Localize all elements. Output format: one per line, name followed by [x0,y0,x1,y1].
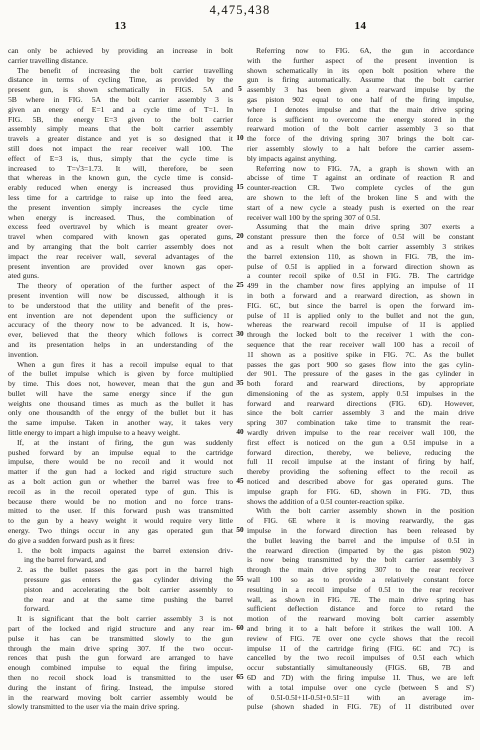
text-line: then no recoil shock load is transmitted… [8,673,233,683]
text-line: 1I shown as a positive spike in FIG. 7C.… [247,350,474,360]
text-line: gun is firing automatically. Assume that… [247,75,474,85]
text-line: first effect is noticed on the gun a 0.5… [247,438,474,448]
text-line: ated guns. [8,271,233,281]
text-line: matter if the gun had a locked and rigid… [8,467,233,477]
text-line: wall, as shown in FIG. 7E. The main driv… [247,595,474,605]
text-line: a counter recoil spike of 0.5I in FIG. 7… [247,271,474,281]
text-line: of the bullet impulse which is given by … [8,369,233,379]
text-line: and by arranging that the bolt carrier a… [8,242,233,252]
text-line: in both a forward and a rearward directi… [247,291,474,301]
text-line: sufficient deflection distance and force… [247,604,474,614]
text-line: with the further aspect of the present i… [247,56,474,66]
text-line: that whereas in the known gun, the cycle… [8,173,233,183]
text-line: do give a sudden forward push as it fire… [8,536,233,546]
text-line: With the bolt carrier assembly shown in … [247,506,474,516]
text-line: occur substantially simultaneously (FIGS… [247,663,474,673]
text-line: of 0.5I-0.5I+1I-0.5I+0.5I=1I with an ave… [247,693,474,703]
text-line: increased to T=√3=1.73. It will, therefo… [8,164,233,174]
text-line: given an energy of E=1 and a cycle time … [8,105,233,115]
gutter-line-number: 40 [233,428,247,438]
gutter-line-number: 60 [233,624,247,634]
right-text-column: Referring now to FIG. 6A, the gun in acc… [247,46,474,712]
text-line: 499 in the chamber now fires applying an… [247,281,474,291]
text-line: The theory of operation of the further a… [8,281,233,291]
text-line: pulse it has can be transmitted slowly t… [8,634,233,644]
text-line: 2. as the bullet passes the gas port in … [8,565,233,575]
text-line: ever, believed that the theory which fol… [8,330,233,340]
text-line: pulse of 1I is applied only to the bulle… [247,311,474,321]
text-line: the same impulse. Taken in another way, … [8,418,233,428]
text-line: weights one thousand times as much as th… [8,399,233,409]
gutter-line-number: 20 [233,232,247,242]
text-line: travel when compared with known gas oper… [8,232,233,242]
text-line: bullet will have the same energy since i… [8,389,233,399]
text-line: force is sufficient to overcome the ener… [247,115,474,125]
text-line: the rear and at the same time pushing th… [8,595,233,605]
text-line: excess feed overtravel by which is meant… [8,222,233,232]
text-line: enough combined impulse to equal the fir… [8,663,233,673]
text-line: recoil as in the recoil operated type of… [8,487,233,497]
gutter-line-number: 55 [233,575,247,585]
text-line: the force of the driving spring 307 brin… [247,134,474,144]
text-line: Assuming that the main drive spring 307 … [247,222,474,232]
text-line: the present invention simply increases t… [8,203,233,213]
gutter-line-number: 45 [233,477,247,487]
text-line: cancelled by the two recoil impulses of … [247,653,474,663]
text-line: receiver wall 100 by the spring 307 of 0… [247,213,474,223]
text-line: travels a greater distance and yet is so… [8,134,233,144]
text-line: rearward motion of the bolt carrier asse… [247,124,474,134]
text-line: full 1I recoil impulse at the instant of… [247,457,474,467]
text-line: assembly 3 has been given a rearward imp… [247,85,474,95]
text-line: wall 100 so as to provide a relatively c… [247,575,474,585]
text-line: little energy to impart a high impulse t… [8,428,233,438]
text-line: both forard and rearward directions, by … [247,379,474,389]
text-line: as a bolt action gun or whether the barr… [8,477,233,487]
column-number-right: 14 [247,20,474,32]
text-line: noticed and described above for gas oper… [247,477,474,487]
text-line: impulse graph for FIG. 6D, shown in FIG.… [247,487,474,497]
text-line: is now being transmitted by the bolt car… [247,555,474,565]
text-line: It is significant that the bolt carrier … [8,614,233,624]
text-line: distance in terms of cycling Time, as pr… [8,75,233,85]
text-line: to the gun by a heavy weight it would re… [8,516,233,526]
text-line: and bring it to a halt before it strikes… [247,624,474,634]
text-line: thereby providing the softening effect t… [247,467,474,477]
left-text-column: can only be achieved by providing an inc… [8,46,233,712]
text-line: and as a result when the bolt carrier as… [247,242,474,252]
text-line: rier assembly slowly to a halt before th… [247,144,474,154]
text-line: spring 307 combination take time to tran… [247,418,474,428]
text-line: with a total impulse over one cycle (bet… [247,683,474,693]
gutter-line-number: 25 [233,281,247,291]
column-number-left: 13 [8,20,233,32]
text-line: accuracy of the theory now to be advance… [8,320,233,330]
text-line: sequence that the rear receiver wall 100… [247,340,474,350]
text-line: mitted to the user. If this forward push… [8,506,233,516]
text-line: shows the addition of a 0.5I counter-rea… [247,497,474,507]
text-line: of FIG. 6E where it is moving rearwardly… [247,516,474,526]
text-line: review of FIG. 7E over one cycle shows t… [247,634,474,644]
text-line: wardly driven impulse to the rear receiv… [247,428,474,438]
text-line: If, at the instant of firing, the gun wa… [8,438,233,448]
text-line: through the main drive spring 307 to the… [247,565,474,575]
text-line: still does not impact the rear receiver … [8,144,233,154]
text-line: during the instant of firing. Instead, t… [8,683,233,693]
text-line: pressure gas enters the gas cylinder dri… [8,575,233,585]
text-line: forward. [8,604,233,614]
text-line: The benefit of increasing the bolt carri… [8,66,233,76]
text-line: gas piston 902 equal to one half of the … [247,95,474,105]
text-line: forward direction, thereby, we believe, … [247,448,474,458]
text-line: When a gun fires it has a recoil impulse… [8,360,233,370]
text-line: where I denotes impulse and that the mai… [247,105,474,115]
gutter-line-number: 50 [233,526,247,536]
text-line: motion of the rearward moving bolt carri… [247,614,474,624]
text-line: effect of E=3 is, thus, simply that the … [8,154,233,164]
text-line: the barrel extension 110, as shown in FI… [247,252,474,262]
text-line: abcisse of time T against an ordinate of… [247,173,474,183]
text-line: impact the rear receiver wall, several a… [8,252,233,262]
gutter-line-number: 15 [233,183,247,193]
text-line: FIG. 5B, the energy E=3 given to the bol… [8,115,233,125]
text-line: shown schematically in its open bolt pos… [247,66,474,76]
text-line: when energy is increased. Thus, the comb… [8,213,233,223]
text-line: less time for a cartridge to raise up in… [8,193,233,203]
text-line: only one thousandth of the enrgy of the … [8,408,233,418]
text-line: through the locked bolt to the receiver … [247,330,474,340]
gutter-line-number: 5 [233,85,247,95]
text-line: invention. [8,350,233,360]
text-line: 6D and 7D) with the firing impulse 1I. T… [247,673,474,683]
gutter-line-numbers: 5101520253035404550556065 [233,0,247,750]
text-line: constant pressure then the force of 0.5I… [247,232,474,242]
text-line: pulse of 0.5I is applied in a forward di… [247,262,474,272]
text-line: pushed forward by an impulse equal to th… [8,448,233,458]
text-line: the bullet leaving the barrel and the im… [247,536,474,546]
text-line: counter-reaction CR. Two complete cycles… [247,183,474,193]
text-line: impulse in the forward direction has bee… [247,526,474,536]
text-line: impulse, there would be no recoil and it… [8,457,233,467]
text-line: whereas the rearward recoil impulse of 1… [247,320,474,330]
gutter-line-number: 35 [233,379,247,389]
text-line: by time. This does not, however, mean th… [8,379,233,389]
text-line: pulse (shown shaded in FIG. 7E) of 1I di… [247,702,474,712]
gutter-line-number: 10 [233,134,247,144]
gutter-line-number: 30 [233,330,247,340]
text-line: der 901. The pressure of the gases in th… [247,369,474,379]
text-line: dimensioning of the as system, apply 0.5… [247,389,474,399]
text-line: FIG. 6C, but since the barrel is open th… [247,301,474,311]
text-line: erably reduced when energy is increased … [8,183,233,193]
gutter-line-number: 65 [233,673,247,683]
text-line: start of a new cycle a steady push is ex… [247,203,474,213]
text-line: bly impacts against anything. [247,154,474,164]
text-line: Referring now to FIG. 6A, the gun in acc… [247,46,474,56]
text-line: ent invention are not dependent upon the… [8,311,233,321]
text-line: rences that push the gun forward are arr… [8,653,233,663]
text-line: slowly transmitted to the user via the m… [8,702,233,712]
text-line: in the rearward moving bolt carrier asse… [8,693,233,703]
patent-document-page: 4,475,438 13 14 can only be achieved by … [0,0,480,750]
text-line: present invention will now be discussed,… [8,291,233,301]
text-line: part of the locked and rigid structure a… [8,624,233,634]
text-line: 5B where in FIG. 5A the bolt carrier ass… [8,95,233,105]
text-line: present gun, is shown schematically in F… [8,85,233,95]
text-line: 1. the bolt impacts against the barrel e… [8,546,233,556]
text-line: carrier travelling distance. [8,56,233,66]
text-line: impulse 1I of the cartridge firing (FIG.… [247,644,474,654]
text-line: resulting in a recoil impulse of 0.5I to… [247,585,474,595]
text-line: can only be achieved by providing an inc… [8,46,233,56]
text-line: through the main drive spring 307. If th… [8,644,233,654]
text-line: assembly simply means that the bolt carr… [8,124,233,134]
text-line: energy. Two things occur in any gas oper… [8,526,233,536]
text-line: ing the barrel forward, and [8,555,233,565]
text-line: present invention are provided over know… [8,262,233,272]
text-line: to be understood that the utility and be… [8,301,233,311]
text-line: piston and accelerating the bolt carrier… [8,585,233,595]
text-line: since the bolt carrier assembly 3 and th… [247,408,474,418]
text-line: and its presentation helps in an underst… [8,340,233,350]
text-line: because there would be no motion and no … [8,497,233,507]
text-line: are shown to the left of the broken line… [247,193,474,203]
text-line: forward and rearward directions (FIG. 6D… [247,399,474,409]
text-line: passes the gas port 900 so gases flow in… [247,360,474,370]
text-line: Referring now to FIG. 7A, a graph is sho… [247,164,474,174]
text-line: the rearward direction (imparted by the … [247,546,474,556]
